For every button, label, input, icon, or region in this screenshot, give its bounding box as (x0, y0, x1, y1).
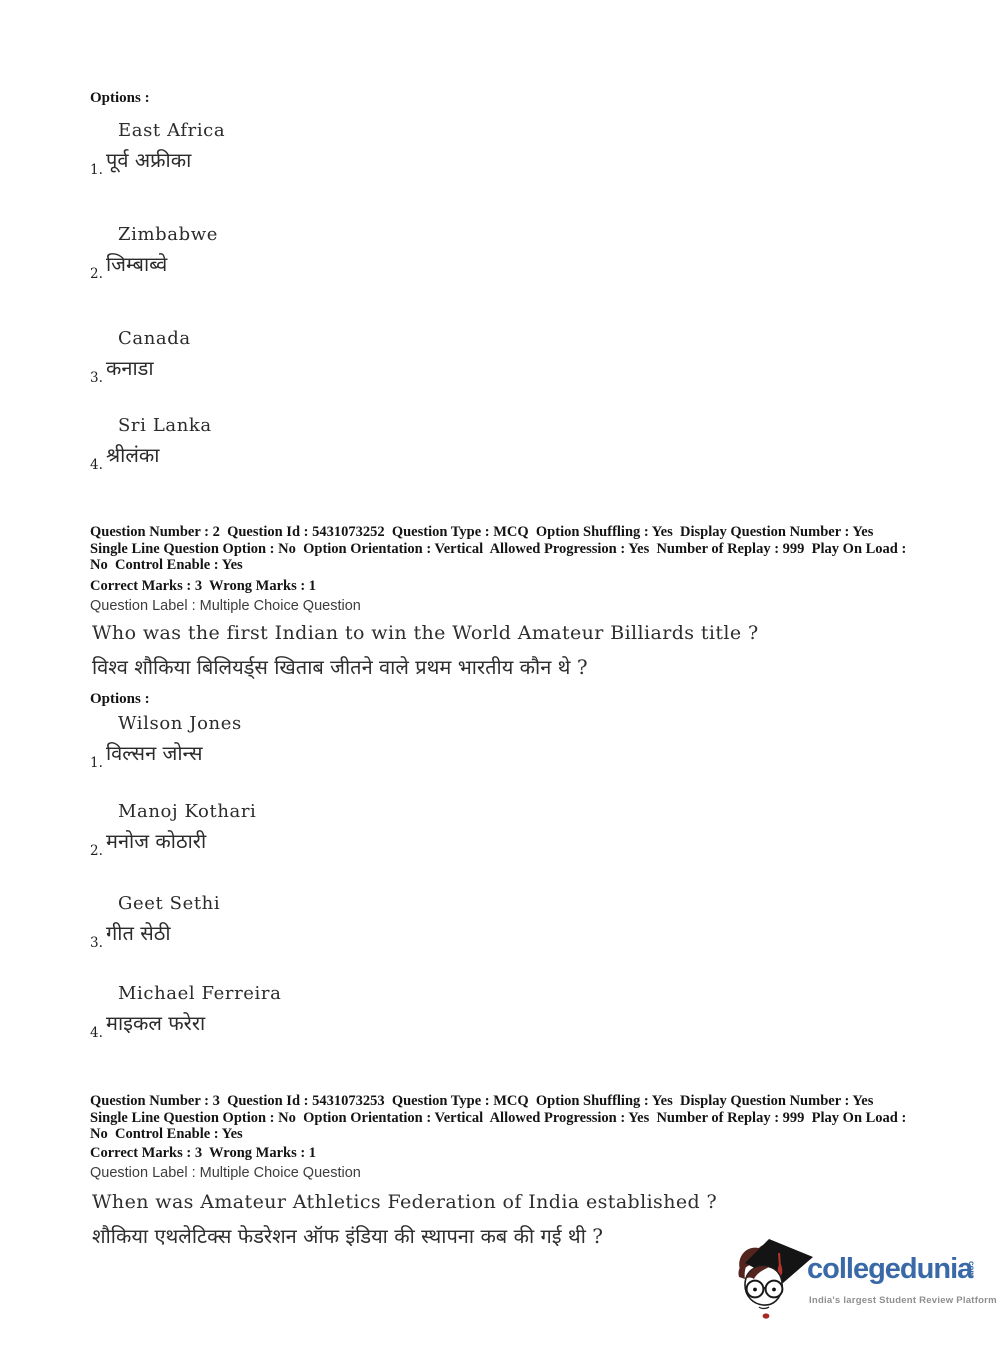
option-text-hi: श्रीलंका (106, 443, 212, 467)
q1-options-label: Options : (90, 90, 150, 107)
collegedunia-tagline: India's largest Student Review Platform (809, 1295, 997, 1306)
q2-option-4: 4. Michael Ferreira माइकल फरेरा (88, 983, 281, 1035)
q1-option-2: 2. Zimbabwe जिम्बाब्वे (88, 224, 218, 276)
collegedunia-logo[interactable]: collegedunia com India's largest Student… (733, 1237, 1001, 1325)
option-text-hi: विल्सन जोन्स (106, 741, 242, 765)
q2-options-label: Options : (90, 691, 150, 708)
q2-question-en: Who was the first Indian to win the Worl… (92, 622, 759, 644)
q2-question-label: Question Label : Multiple Choice Questio… (90, 598, 361, 614)
option-number: 3. (90, 935, 103, 951)
option-text-en: Geet Sethi (106, 893, 220, 915)
option-text-en: East Africa (106, 120, 225, 142)
q3-metadata: Question Number : 3 Question Id : 543107… (90, 1093, 975, 1143)
q3-metadata-line3: No Control Enable : Yes (90, 1126, 975, 1143)
option-text-hi: पूर्व अफ्रीका (106, 148, 225, 172)
collegedunia-mascot-icon (733, 1237, 815, 1325)
option-text-en: Wilson Jones (106, 713, 242, 735)
option-text-hi: कनाडा (106, 356, 191, 380)
q2-option-2: 2. Manoj Kothari मनोज कोठारी (88, 801, 256, 853)
option-text-hi: जिम्बाब्वे (106, 252, 218, 276)
q3-question-hi: शौकिया एथलेटिक्स फेडरेशन ऑफ इंडिया की स्… (92, 1222, 603, 1249)
option-text-hi: गीत सेठी (106, 921, 220, 945)
option-number: 1. (90, 755, 103, 771)
collegedunia-wordmark: collegedunia (807, 1253, 972, 1286)
q2-option-3: 3. Geet Sethi गीत सेठी (88, 893, 220, 945)
option-text-en: Canada (106, 328, 191, 350)
q3-metadata-line1: Question Number : 3 Question Id : 543107… (90, 1093, 975, 1110)
option-text-en: Zimbabwe (106, 224, 218, 246)
q3-metadata-line2: Single Line Question Option : No Option … (90, 1110, 975, 1127)
q1-option-4: 4. Sri Lanka श्रीलंका (88, 415, 212, 467)
q1-option-1: 1. East Africa पूर्व अफ्रीका (88, 120, 225, 172)
option-number: 4. (90, 457, 103, 473)
option-number: 1. (90, 162, 103, 178)
option-number: 4. (90, 1025, 103, 1041)
q3-marks: Correct Marks : 3 Wrong Marks : 1 (90, 1145, 316, 1162)
option-number: 3. (90, 370, 103, 386)
option-text-en: Manoj Kothari (106, 801, 256, 823)
collegedunia-tld: com (967, 1261, 976, 1277)
option-number: 2. (90, 266, 103, 282)
q2-metadata-line1: Question Number : 2 Question Id : 543107… (90, 524, 975, 541)
option-text-en: Sri Lanka (106, 415, 212, 437)
option-text-en: Michael Ferreira (106, 983, 281, 1005)
q1-option-3: 3. Canada कनाडा (88, 328, 191, 380)
q2-metadata-line3: No Control Enable : Yes (90, 557, 975, 574)
option-text-hi: माइकल फरेरा (106, 1011, 281, 1035)
question-paper-page: Options : 1. East Africa पूर्व अफ्रीका 2… (0, 0, 1001, 1356)
option-text-hi: मनोज कोठारी (106, 829, 256, 853)
q3-question-en: When was Amateur Athletics Federation of… (92, 1191, 717, 1213)
q2-question-hi: विश्व शौकिया बिलियर्ड्स खिताब जीतने वाले… (92, 653, 588, 680)
option-number: 2. (90, 843, 103, 859)
q2-metadata-line2: Single Line Question Option : No Option … (90, 541, 975, 558)
q2-metadata: Question Number : 2 Question Id : 543107… (90, 524, 975, 574)
q2-marks: Correct Marks : 3 Wrong Marks : 1 (90, 578, 316, 595)
q3-question-label: Question Label : Multiple Choice Questio… (90, 1165, 361, 1181)
q2-option-1: 1. Wilson Jones विल्सन जोन्स (88, 713, 242, 765)
